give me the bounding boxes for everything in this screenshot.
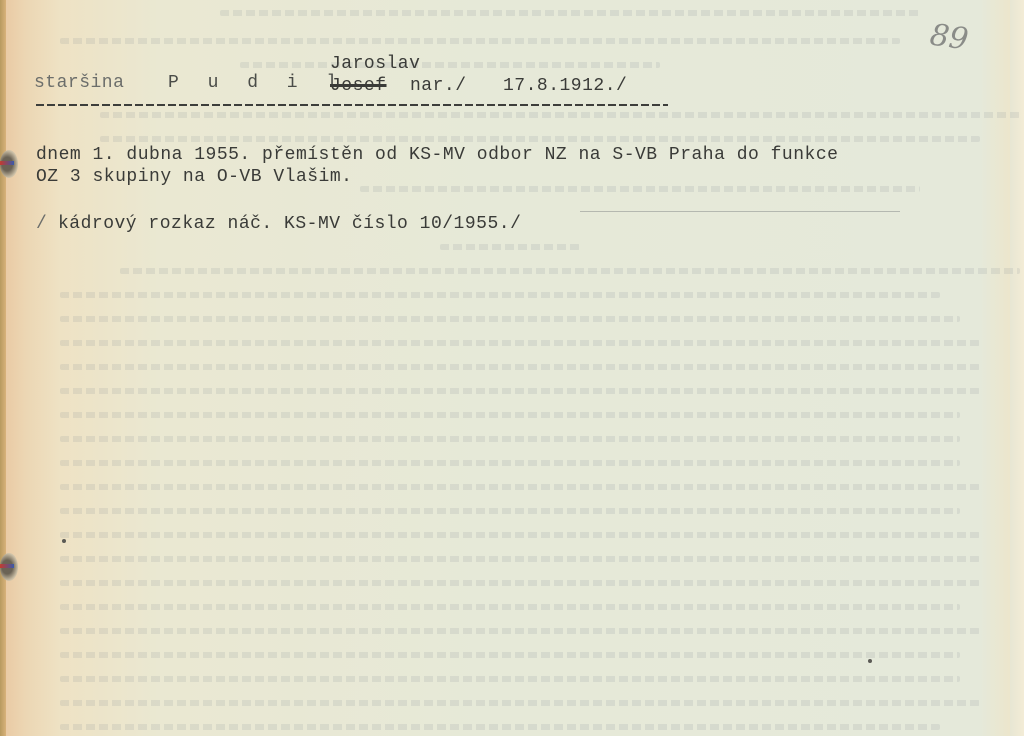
ink-speck	[62, 539, 66, 543]
bleed-line	[360, 186, 920, 192]
header-underline	[36, 104, 668, 106]
page-binding-edge	[0, 0, 6, 736]
reference-prefix: /	[36, 214, 47, 234]
bleed-line	[60, 292, 940, 298]
bleed-line	[220, 10, 920, 16]
rank-label: staršina	[34, 73, 124, 93]
bleed-line	[240, 62, 660, 68]
body-line: OZ 3 skupiny na O-VB Vlašim.	[36, 167, 352, 187]
punch-hole-bottom	[0, 553, 18, 581]
bleed-line	[60, 628, 980, 634]
bleed-line	[60, 460, 960, 466]
bleed-line	[60, 364, 980, 370]
bleed-through-text	[60, 0, 984, 736]
punch-hole-top	[0, 150, 18, 178]
bleed-line	[60, 412, 960, 418]
bleed-line	[60, 556, 980, 562]
first-name-struck: Josef	[330, 76, 387, 96]
body-line: dnem 1. dubna 1955. přemístěn od KS-MV o…	[36, 145, 838, 165]
bleed-line	[100, 136, 980, 142]
surname: P u d i l	[168, 73, 346, 93]
bleed-line	[60, 38, 900, 44]
bleed-line	[60, 388, 980, 394]
bleed-line	[60, 532, 980, 538]
birth-label: nar./	[410, 76, 467, 96]
first-name-inserted: Jaroslav	[330, 54, 420, 74]
ink-speck	[868, 659, 872, 663]
bleed-line	[60, 676, 960, 682]
bleed-rule	[580, 211, 900, 212]
bleed-line	[60, 436, 960, 442]
bleed-line	[60, 580, 980, 586]
bleed-line	[60, 484, 980, 490]
bleed-line	[60, 340, 980, 346]
folio-number: 89	[928, 18, 971, 58]
bleed-line	[60, 724, 940, 730]
bleed-line	[60, 604, 960, 610]
bleed-line	[60, 316, 960, 322]
bleed-line	[60, 700, 980, 706]
bleed-line	[60, 508, 960, 514]
bleed-line	[120, 268, 1020, 274]
page-right-edge	[1010, 0, 1024, 736]
birth-date: 17.8.1912./	[503, 76, 627, 96]
bleed-line	[100, 112, 1020, 118]
bleed-line	[60, 652, 960, 658]
bleed-line	[440, 244, 580, 250]
reference-text: kádrový rozkaz náč. KS-MV číslo 10/1955.…	[58, 214, 521, 234]
